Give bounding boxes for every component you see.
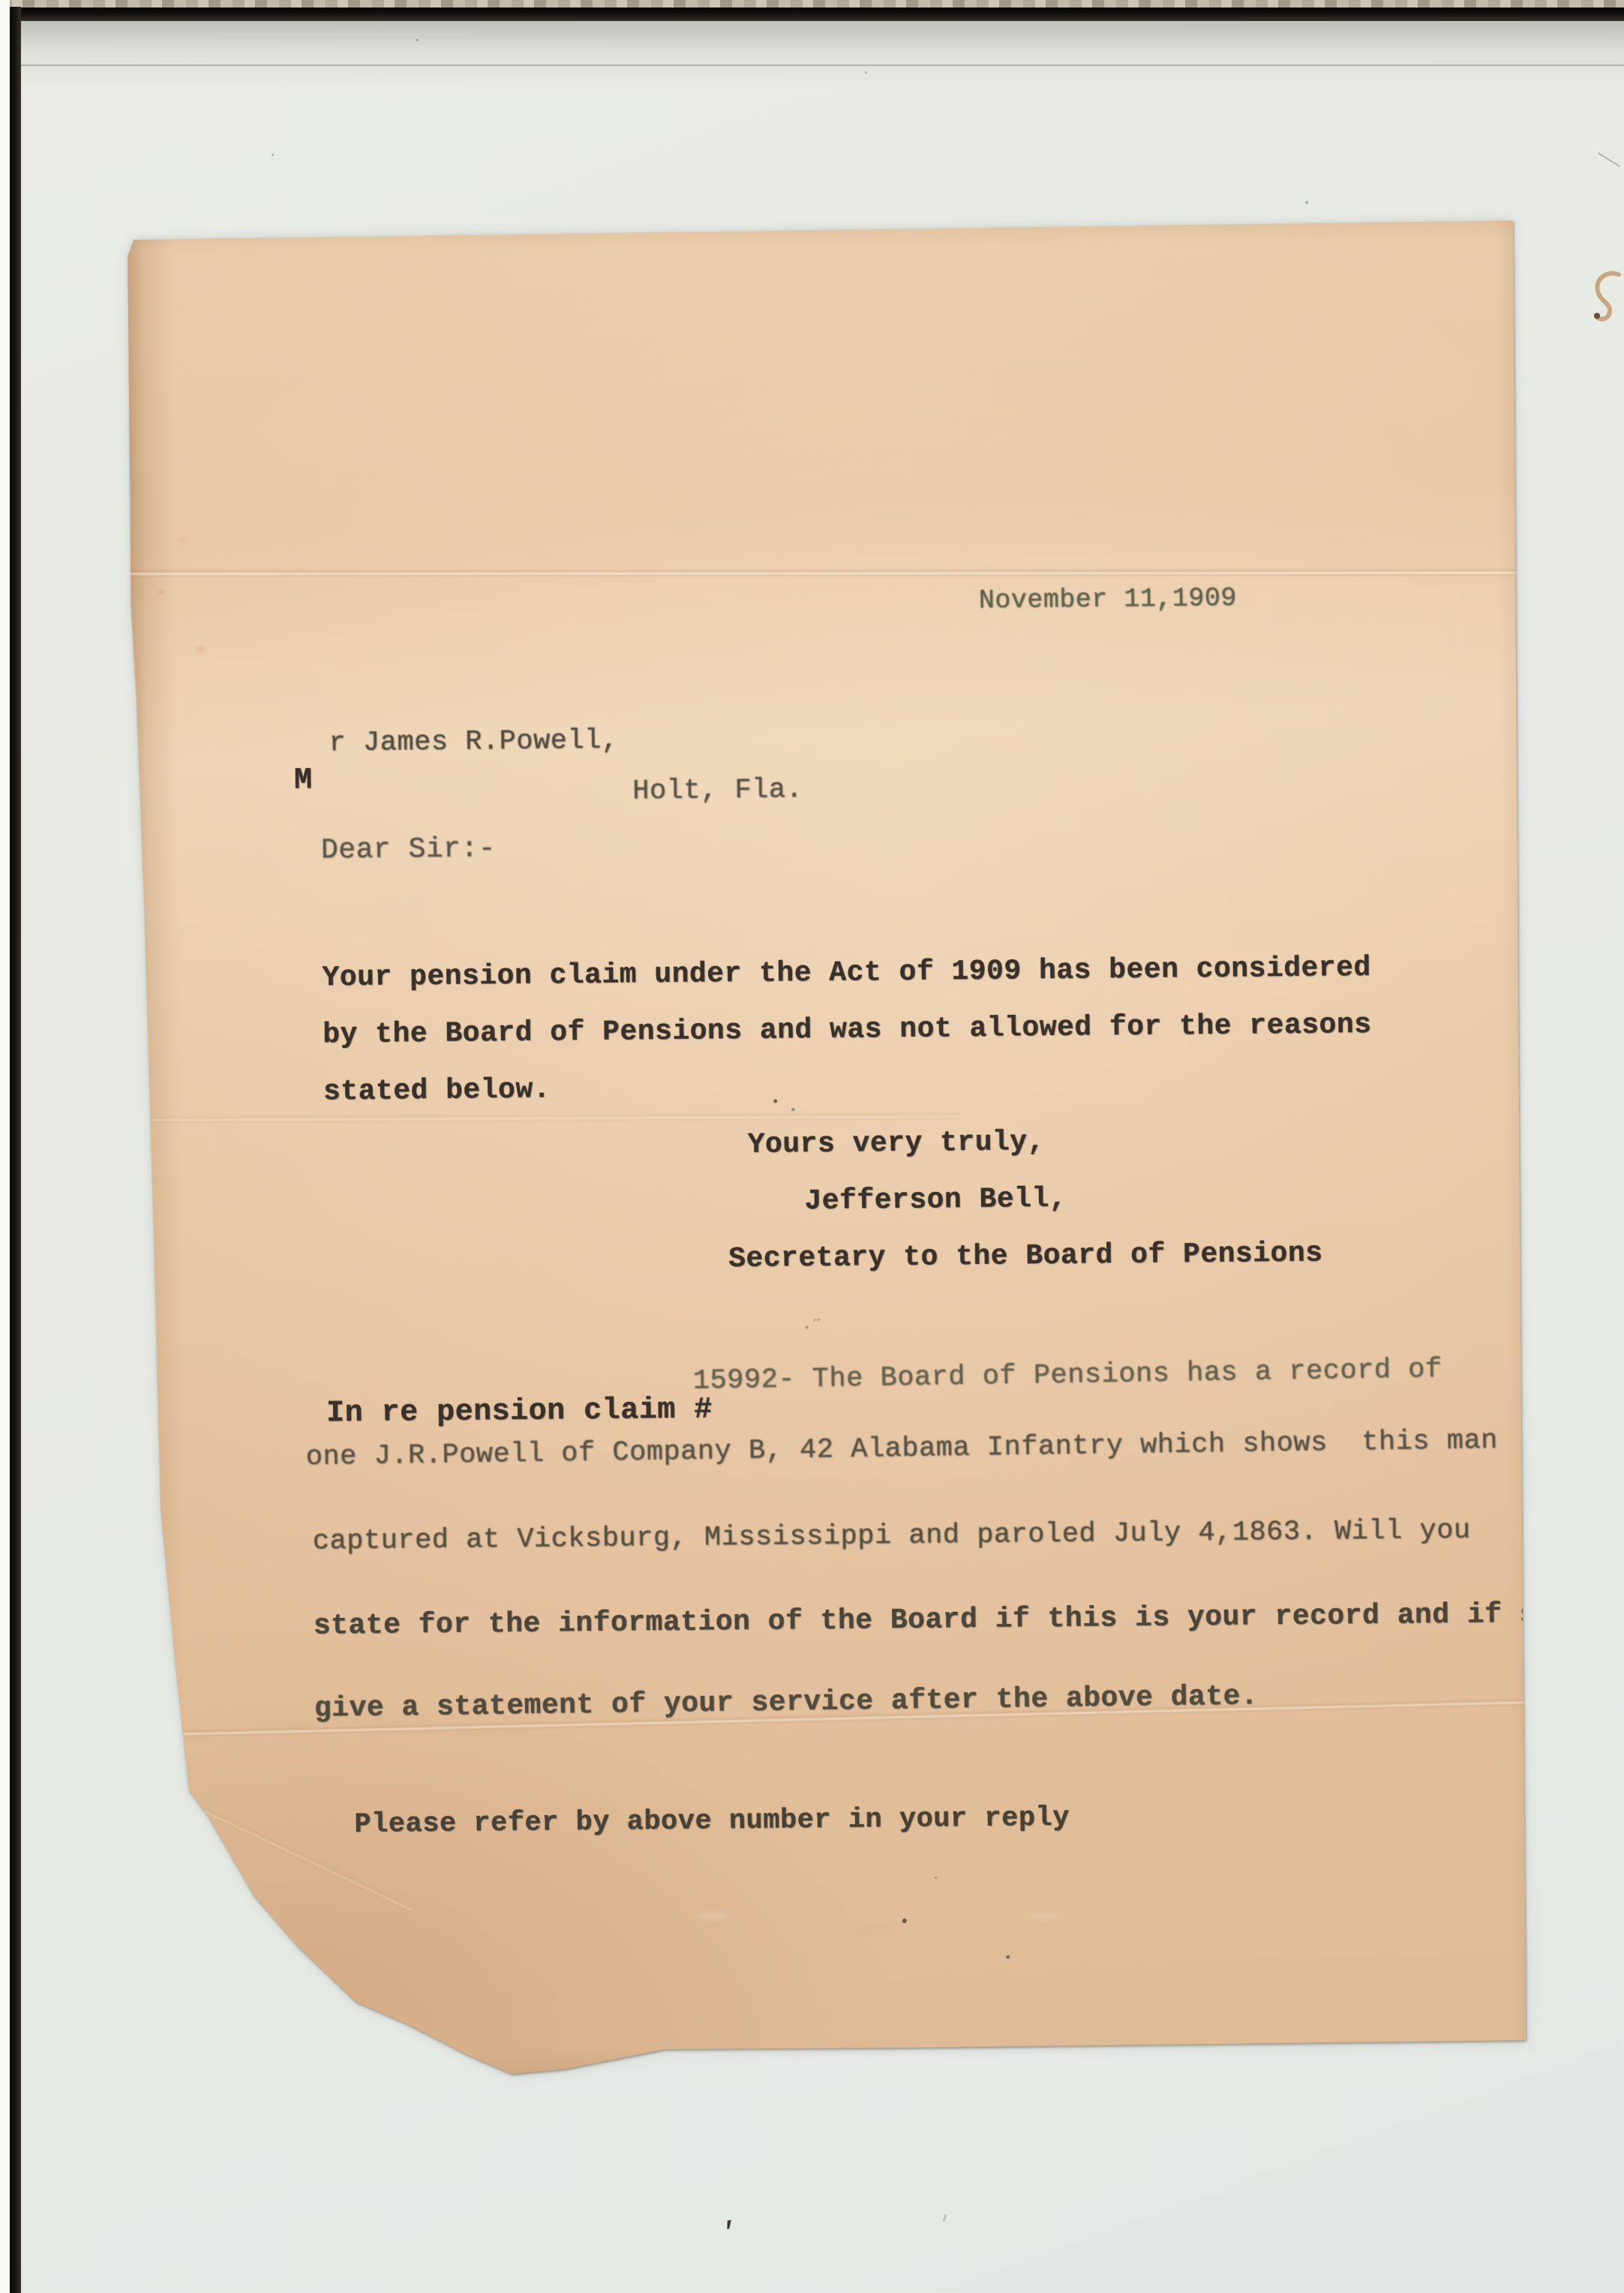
ink-speck (902, 1919, 907, 1923)
body-line-3: stated below. (323, 1076, 551, 1106)
ink-speck (1006, 1955, 1010, 1959)
letter-paper-wrap: November 11,1909 r James R.Powell, M Hol… (128, 221, 1533, 2081)
ink-ghost-impressions (623, 1882, 1164, 1970)
letter-paper: November 11,1909 r James R.Powell, M Hol… (128, 221, 1533, 2081)
recipient-city-line: Holt, Fla. (632, 776, 803, 806)
scanned-letter-page: { "colors": { "paper": "#e6c5a3", "backg… (0, 0, 1624, 2293)
scanner-frame-left-bar (10, 7, 21, 2293)
reply-note-line: Please refer by above number in your rep… (354, 1805, 1070, 1839)
signature-title-line: Secretary to the Board of Pensions (728, 1240, 1323, 1274)
claim-reference-label: In re pension claim # (326, 1395, 713, 1429)
scan-edge-white-strip (0, 0, 10, 2293)
record-line-1: one J.R.Powell of Company B, 42 Alabama … (305, 1427, 1498, 1472)
scanner-frame-top-bar (0, 8, 1624, 21)
background-ink-speck: , (719, 2202, 740, 2233)
claim-number-line: 15992- The Board of Pensions has a recor… (692, 1356, 1442, 1396)
dust-speck (416, 39, 419, 41)
fold-crease-corner-diagonal (126, 1770, 414, 1913)
date-line: November 11,1909 (979, 586, 1237, 614)
recipient-name-line: r James R.Powell, (329, 728, 618, 758)
dust-speck (272, 154, 274, 156)
ink-speck (773, 1100, 777, 1103)
ink-speck (791, 1108, 794, 1111)
background-scratch (943, 2214, 947, 2222)
salutation-line: Dear Sir:- (321, 835, 496, 865)
body-line-1: Your pension claim under the Act of 1909… (322, 954, 1371, 992)
paper-thread-artifact (1581, 269, 1623, 324)
fold-crease-top (131, 568, 1518, 578)
fold-crease-middle (136, 1112, 961, 1124)
ink-speck (935, 1877, 937, 1879)
dust-speck (1305, 201, 1308, 204)
recipient-overtyped-m: M (294, 766, 313, 796)
stain-cluster (129, 349, 657, 669)
signature-name-line: Jefferson Bell, (804, 1185, 1067, 1216)
record-line-3: state for the information of the Board i… (314, 1601, 1555, 1641)
scanner-platen-seam-line (21, 65, 1624, 66)
pencil-scratch-mark (1598, 152, 1620, 167)
record-line-2: captured at Vicksburg, Mississippi and p… (313, 1517, 1471, 1556)
record-line-4: give a statement of your service after t… (314, 1682, 1259, 1723)
pencil-mark: ·˝ (801, 1316, 825, 1339)
closing-line: Yours very truly, (748, 1128, 1046, 1160)
body-line-2: by the Board of Pensions and was not all… (323, 1011, 1372, 1049)
scanner-top-shadow-band (21, 21, 1624, 89)
dust-speck (865, 71, 867, 74)
